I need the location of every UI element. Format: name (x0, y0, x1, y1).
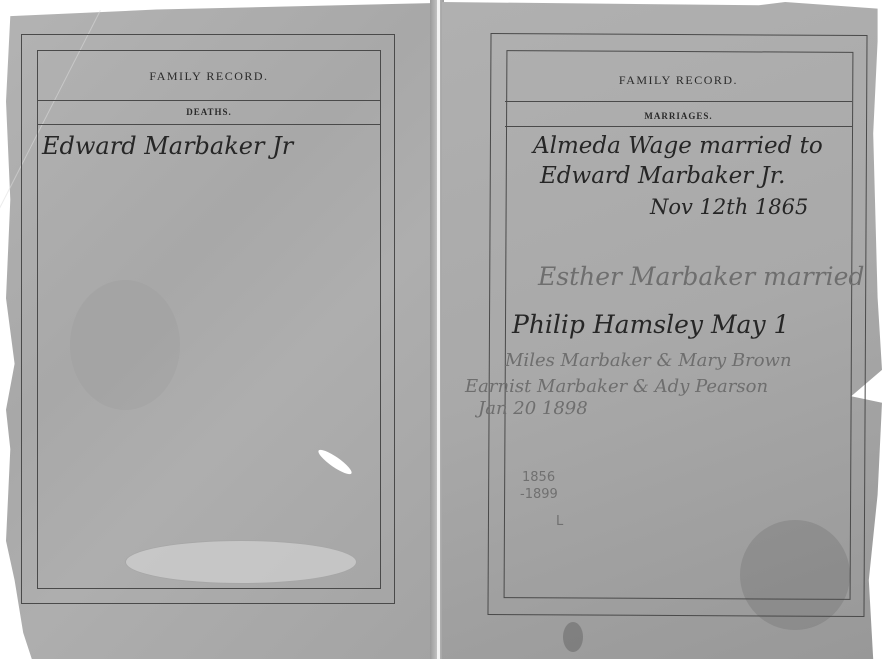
dark-stain (740, 520, 850, 630)
marriage-entry-2-line1: Esther Marbaker married (538, 262, 864, 291)
left-inner-frame (37, 50, 381, 589)
marriages-heading: MARRIAGES. (505, 111, 852, 121)
marriage-entry-1-line2: Edward Marbaker Jr. (540, 163, 786, 189)
marriage-entry-4: Earnist Marbaker & Ady Pearson (465, 376, 768, 397)
marriage-entry-3: Miles Marbaker & Mary Brown (505, 350, 792, 371)
marriage-entry-1-date: Nov 12th 1865 (650, 195, 808, 219)
marriage-entry-2-line2: Philip Hamsley May 1 (512, 310, 789, 339)
left-page-title: FAMILY RECORD. (37, 69, 381, 84)
right-header-divider (505, 101, 852, 102)
marriage-entry-4-date: Jan 20 1898 (478, 398, 588, 419)
deaths-heading: DEATHS. (37, 107, 381, 117)
pencil-note-line1: 1856 (522, 470, 555, 485)
pencil-note-line3: L (556, 514, 563, 529)
left-section-divider (37, 124, 381, 125)
death-entry: Edward Marbaker Jr (42, 132, 293, 160)
right-section-divider (505, 126, 852, 127)
marriage-entry-1-line1: Almeda Wage married to (533, 133, 823, 159)
right-page-title: FAMILY RECORD. (505, 73, 852, 88)
binding-split (437, 0, 440, 659)
pencil-note-line2: -1899 (520, 487, 558, 502)
left-header-divider (37, 100, 381, 101)
dark-stain (563, 622, 583, 652)
